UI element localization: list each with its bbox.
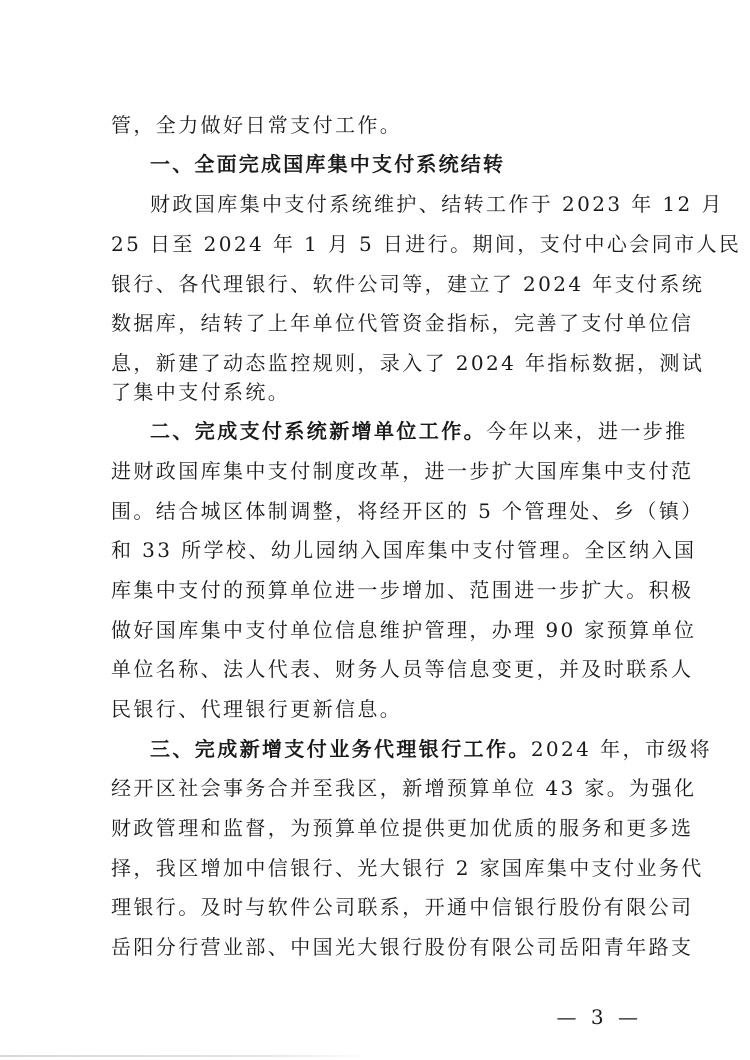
paragraph-line: 民银行、代理银行更新信息。 [111,690,646,729]
paragraph-line: 财政管理和监督，为预算单位提供更加优质的服务和更多选 [111,809,646,848]
page-edge-divider [0,1055,370,1057]
paragraph-line: 经开区社会事务合并至我区，新增预算单位 43 家。为强化 [111,769,646,808]
page-number: — 3 — [557,1005,642,1029]
document-page: 管，全力做好日常支付工作。 一、全面完成国库集中支付系统结转 财政国库集中支付系… [0,0,750,1060]
paragraph-line: 围。结合城区体制调整，将经开区的 5 个管理处、乡（镇） [111,492,646,531]
paragraph-line: 做好国库集中支付单位信息维护管理，办理 90 家预算单位 [111,611,646,650]
paragraph-line: 理银行。及时与软件公司联系，开通中信银行股份有限公司 [111,888,646,927]
paragraph-line: 单位名称、法人代表、财务人员等信息变更，并及时联系人 [111,650,646,689]
paragraph-line: 库集中支付的预算单位进一步增加、范围进一步扩大。积极 [111,571,646,610]
paragraph-line: 数据库，结转了上年单位代管资金指标，完善了支付单位信 [111,304,646,343]
paragraph-line: 进财政国库集中支付制度改革，进一步扩大国库集中支付范 [111,452,646,491]
section-3-first-line: 三、完成新增支付业务代理银行工作。2024 年，市级将 [150,730,646,769]
paragraph-line: 财政国库集中支付系统维护、结转工作于 2023 年 12 月 [150,185,646,224]
section-heading-2: 二、完成支付系统新增单位工作。 [150,419,486,443]
paragraph-line: 银行、各代理银行、软件公司等，建立了 2024 年支付系统 [111,265,646,304]
paragraph-line: 管，全力做好日常支付工作。 [111,106,646,145]
paragraph-line: 25 日至 2024 年 1 月 5 日进行。期间，支付中心会同市人民 [111,225,646,264]
paragraph-text: 2024 年，市级将 [531,737,712,761]
section-2-first-line: 二、完成支付系统新增单位工作。今年以来，进一步推 [150,412,646,451]
paragraph-line: 择，我区增加中信银行、光大银行 2 家国库集中支付业务代 [111,849,646,888]
section-heading-3: 三、完成新增支付业务代理银行工作。 [150,737,531,761]
paragraph-text: 今年以来，进一步推 [486,419,688,443]
paragraph-line: 了集中支付系统。 [111,373,646,412]
paragraph-line: 岳阳分行营业部、中国光大银行股份有限公司岳阳青年路支 [111,928,646,967]
section-heading-1: 一、全面完成国库集中支付系统结转 [150,145,646,184]
paragraph-line: 和 33 所学校、幼儿园纳入国库集中支付管理。全区纳入国 [111,531,646,570]
